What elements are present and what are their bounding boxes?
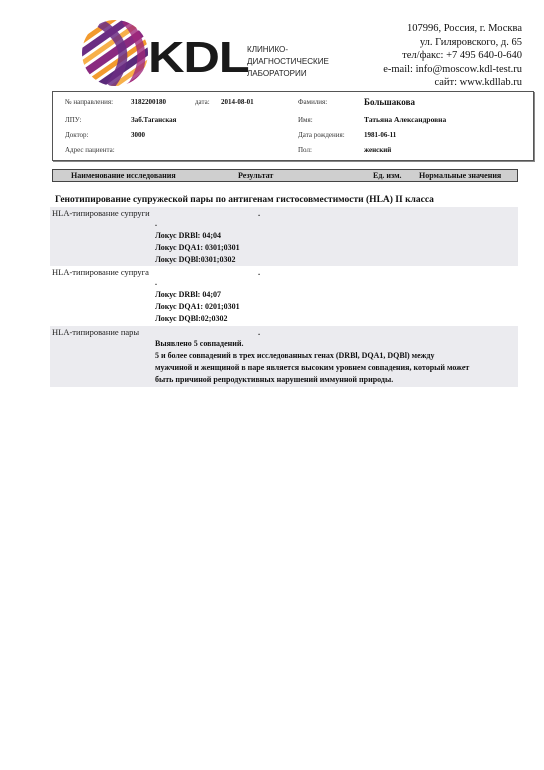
result-lines: . Локус DRBl: 04;04 Локус DQA1: 0301;030…: [155, 218, 240, 266]
result-dot: .: [258, 267, 260, 277]
result-row-couple: HLA-типирование пары . Выявлено 5 совпад…: [50, 326, 518, 387]
patient-info-box: № направления: 3182200180 дата: 2014-08-…: [52, 91, 534, 161]
column-test-name: Наименование исследования: [71, 170, 176, 181]
lpu-value: Заб.Таганская: [131, 116, 176, 124]
striped-sphere-logo-icon: [80, 18, 150, 88]
address-label: Адрес пациента:: [65, 146, 115, 154]
result-row-husband: HLA-типирование супруга . . Локус DRBl: …: [50, 266, 518, 326]
doctor-label: Доктор:: [65, 131, 89, 139]
dob-value: 1981-06-11: [364, 131, 396, 139]
referral-value: 3182200180: [131, 98, 166, 106]
contact-block: 107996, Россия, г. Москва ул. Гиляровско…: [383, 22, 522, 90]
result-lines: Выявлено 5 совпадений. 5 и более совпаде…: [155, 338, 469, 386]
result-lines: . Локус DRBl: 04;07 Локус DQA1: 0201;030…: [155, 277, 240, 325]
result-dot: .: [258, 327, 260, 337]
surname-label: Фамилия:: [298, 98, 327, 106]
name-value: Татьяна Александровна: [364, 115, 446, 124]
sex-label: Пол:: [298, 146, 312, 154]
dob-label: Дата рождения:: [298, 131, 345, 139]
sex-value: женский: [364, 146, 391, 154]
date-label: дата:: [195, 98, 210, 106]
brand-logo-text: KDL: [148, 36, 249, 80]
contact-website[interactable]: сайт: www.kdllab.ru: [383, 76, 522, 90]
contact-phone: тел/факс: +7 495 640-0-640: [383, 49, 522, 63]
contact-address: 107996, Россия, г. Москва: [383, 22, 522, 36]
lpu-label: ЛПУ:: [65, 116, 81, 124]
doctor-value: 3000: [131, 131, 145, 139]
name-label: Имя:: [298, 116, 313, 124]
contact-street: ул. Гиляровского, д. 65: [383, 36, 522, 50]
result-row-wife: HLA-типирование супруги . . Локус DRBl: …: [50, 207, 518, 266]
date-value: 2014-08-01: [221, 98, 254, 106]
surname-value: Большакова: [364, 97, 415, 107]
column-normal-values: Нормальные значения: [419, 170, 501, 181]
result-dot: .: [258, 208, 260, 218]
test-name: HLA-типирование пары: [52, 327, 139, 337]
brand-tagline: КЛИНИКО- ДИАГНОСТИЧЕСКИЕ ЛАБОРАТОРИИ: [247, 43, 329, 79]
section-title: Генотипирование супружеской пары по анти…: [55, 195, 434, 205]
test-name: HLA-типирование супруга: [52, 267, 149, 277]
column-units: Ед. изм.: [373, 170, 402, 181]
results-table-header: Наименование исследования Результат Ед. …: [52, 169, 518, 182]
test-name: HLA-типирование супруги: [52, 208, 150, 218]
referral-label: № направления:: [65, 98, 113, 106]
contact-email[interactable]: e-mail: info@moscow.kdl-test.ru: [383, 63, 522, 77]
column-result: Результат: [238, 170, 273, 181]
